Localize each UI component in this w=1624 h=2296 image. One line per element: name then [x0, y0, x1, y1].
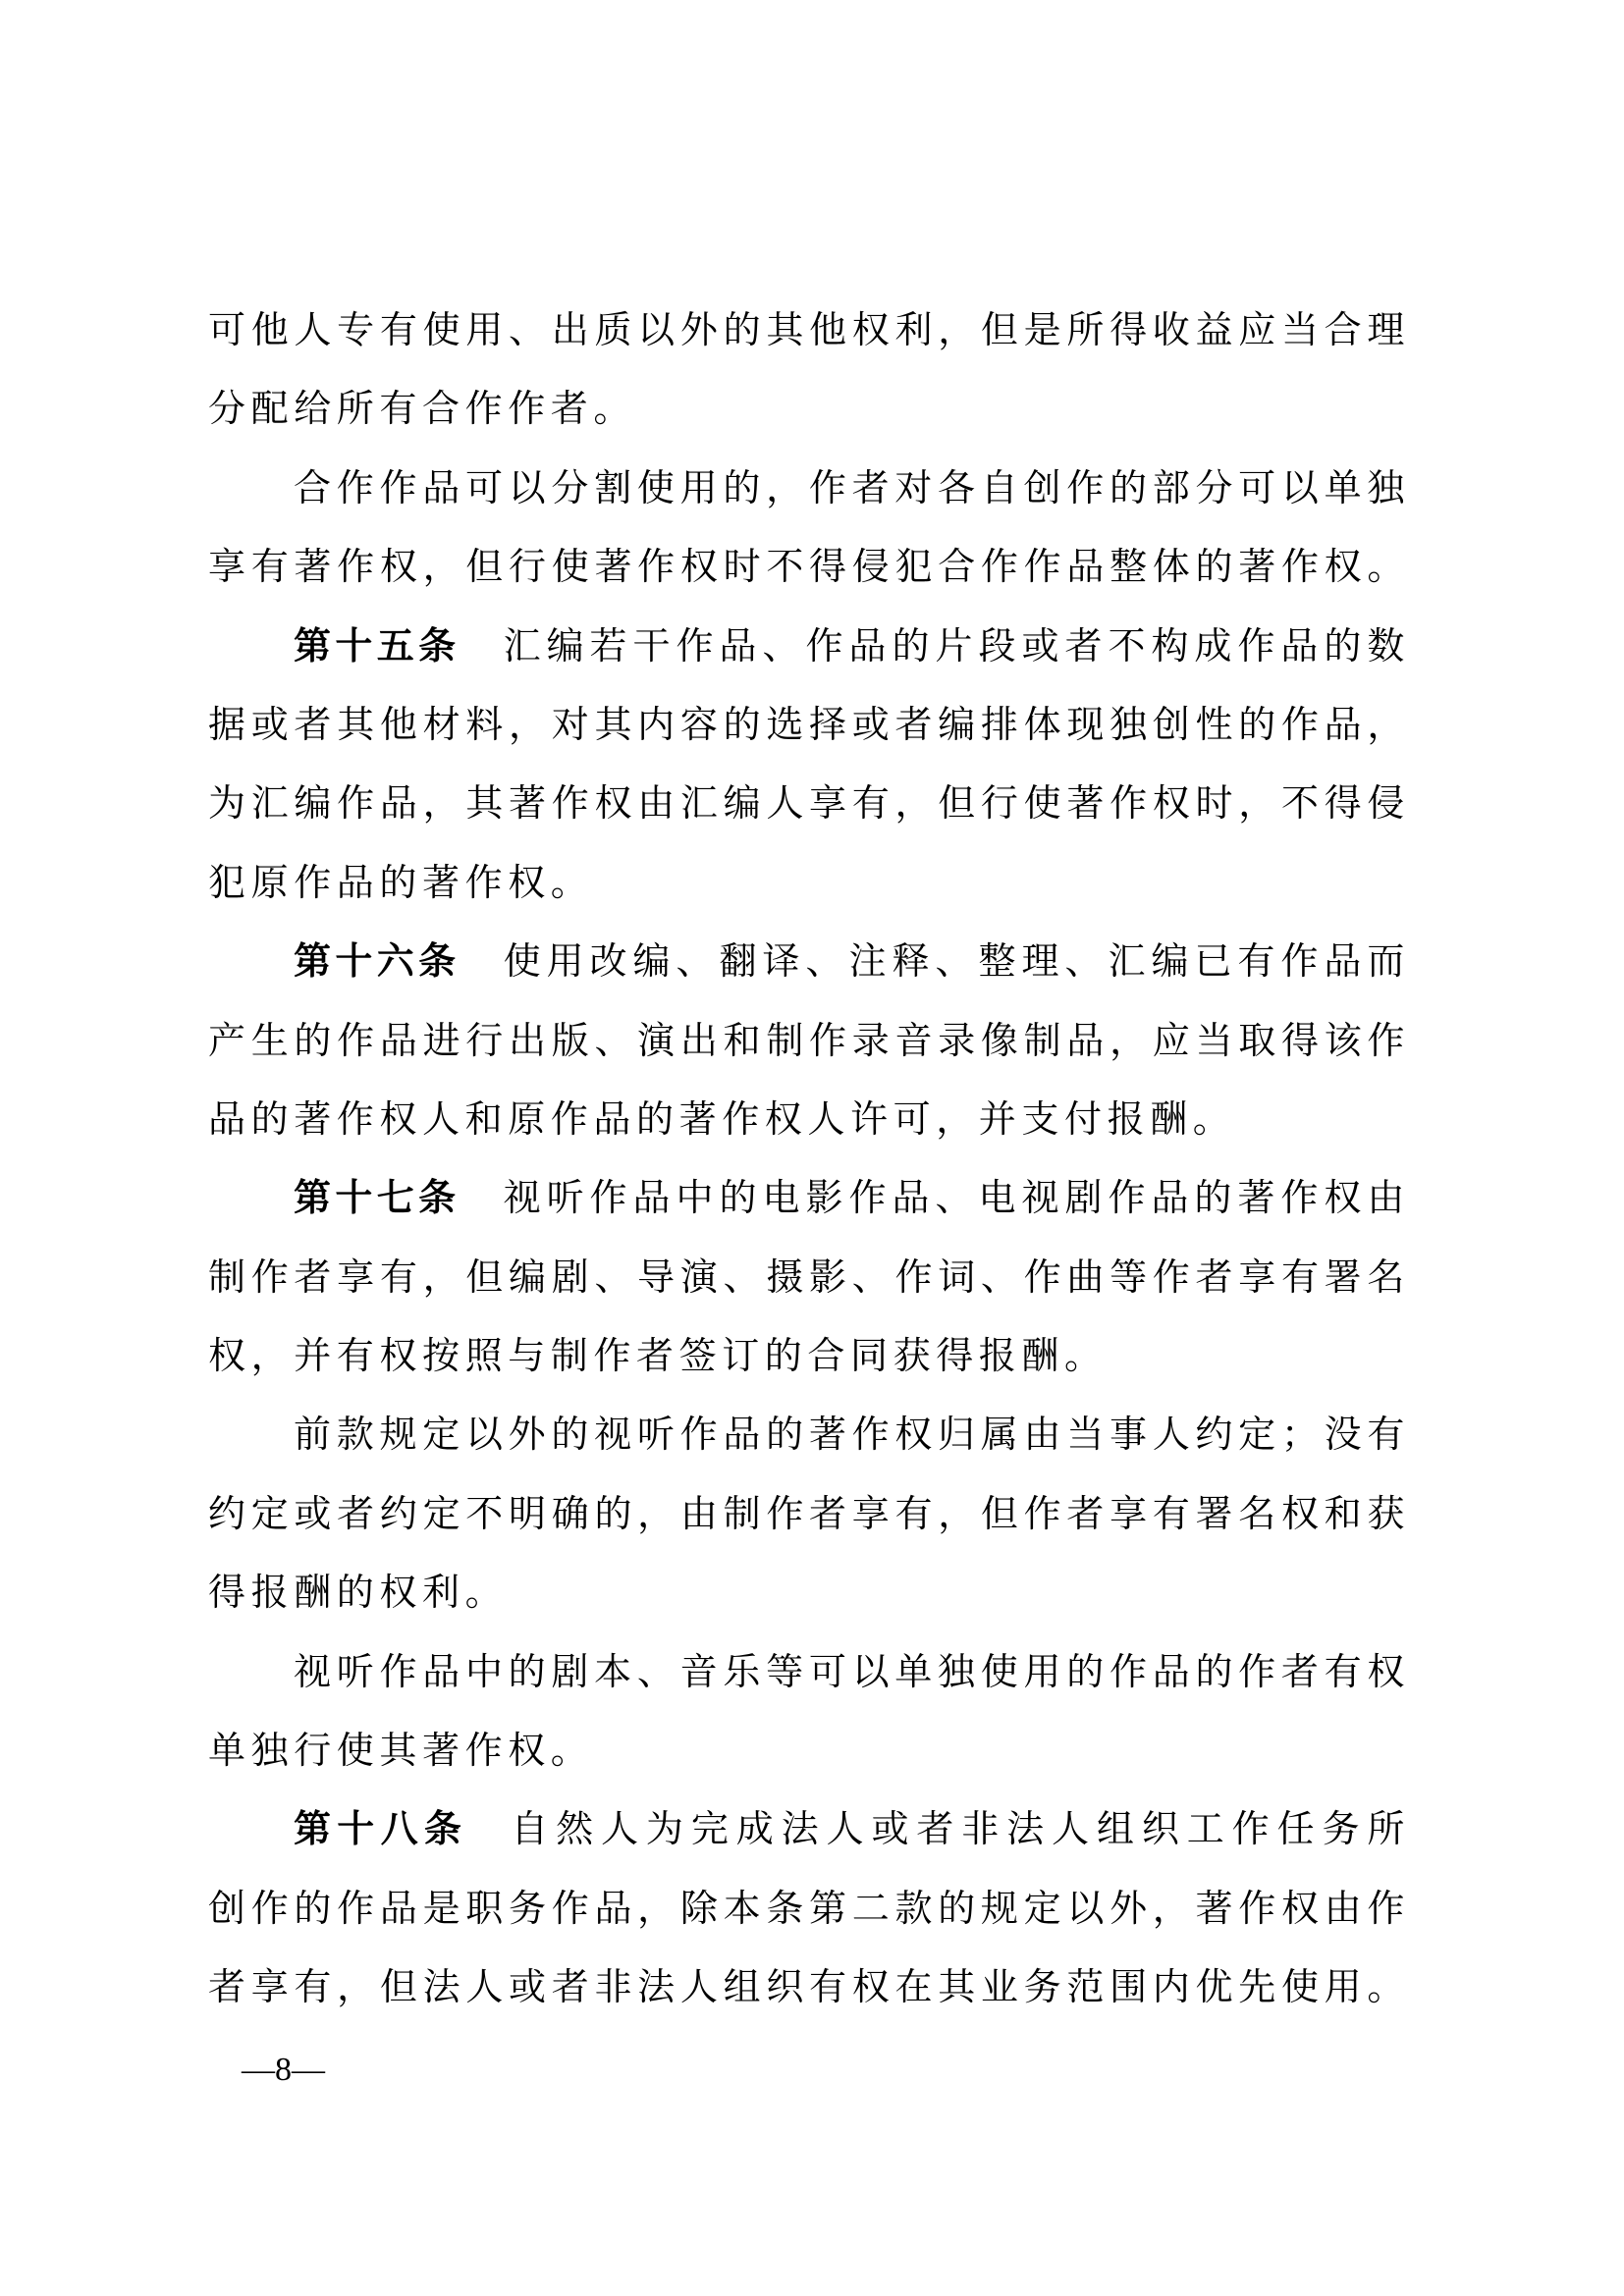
article-line: 第十八条自然人为完成法人或者非法人组织工作任务所 — [208, 1789, 1410, 1868]
article-text: 视听作品中的电影作品、电视剧作品的著作权由 — [504, 1176, 1410, 1219]
text-line: 为汇编作品，其著作权由汇编人享有，但行使著作权时，不得侵 — [208, 764, 1410, 842]
article-line: 第十六条使用改编、翻译、注释、整理、汇编已有作品而 — [208, 922, 1410, 1000]
text-line: 得报酬的权利。 — [208, 1553, 1410, 1631]
text-line: 分配给所有合作作者。 — [208, 369, 1410, 448]
article-line: 第十七条视听作品中的电影作品、电视剧作品的著作权由 — [208, 1158, 1410, 1237]
text-line: 可他人专有使用、出质以外的其他权利，但是所得收益应当合理 — [208, 291, 1410, 369]
text-line: 视听作品中的剧本、音乐等可以单独使用的作品的作者有权 — [208, 1632, 1410, 1711]
article-heading: 第十七条 — [294, 1176, 460, 1219]
page-number: —8— — [242, 2052, 325, 2089]
text-line: 创作的作品是职务作品，除本条第二款的规定以外，著作权由作 — [208, 1869, 1410, 1948]
article-heading: 第十五条 — [294, 624, 460, 667]
text-line: 制作者享有，但编剧、导演、摄影、作词、作曲等作者享有署名 — [208, 1238, 1410, 1316]
text-line: 单独行使其著作权。 — [208, 1711, 1410, 1789]
body-text: 可他人专有使用、出质以外的其他权利，但是所得收益应当合理 分配给所有合作作者。 … — [208, 291, 1410, 2027]
article-heading: 第十八条 — [294, 1807, 467, 1850]
article-text: 自然人为完成法人或者非法人组织工作任务所 — [511, 1807, 1410, 1850]
text-line: 权，并有权按照与制作者签订的合同获得报酬。 — [208, 1316, 1410, 1395]
article-text: 使用改编、翻译、注释、整理、汇编已有作品而 — [504, 939, 1410, 983]
text-line: 者享有，但法人或者非法人组织有权在其业务范围内优先使用。 — [208, 1948, 1410, 2026]
text-line: 前款规定以外的视听作品的著作权归属由当事人约定；没有 — [208, 1395, 1410, 1473]
text-line: 品的著作权人和原作品的著作权人许可，并支付报酬。 — [208, 1080, 1410, 1158]
article-heading: 第十六条 — [294, 939, 460, 983]
text-line: 合作作品可以分割使用的，作者对各自创作的部分可以单独 — [208, 449, 1410, 527]
text-line: 产生的作品进行出版、演出和制作录音录像制品，应当取得该作 — [208, 1001, 1410, 1080]
text-line: 据或者其他材料，对其内容的选择或者编排体现独创性的作品， — [208, 685, 1410, 764]
article-text: 汇编若干作品、作品的片段或者不构成作品的数 — [504, 624, 1410, 667]
text-line: 享有著作权，但行使著作权时不得侵犯合作作品整体的著作权。 — [208, 527, 1410, 606]
document-page: 可他人专有使用、出质以外的其他权利，但是所得收益应当合理 分配给所有合作作者。 … — [0, 0, 1624, 2296]
article-line: 第十五条汇编若干作品、作品的片段或者不构成作品的数 — [208, 607, 1410, 685]
text-line: 约定或者约定不明确的，由制作者享有，但作者享有署名权和获 — [208, 1474, 1410, 1553]
text-line: 犯原作品的著作权。 — [208, 843, 1410, 922]
